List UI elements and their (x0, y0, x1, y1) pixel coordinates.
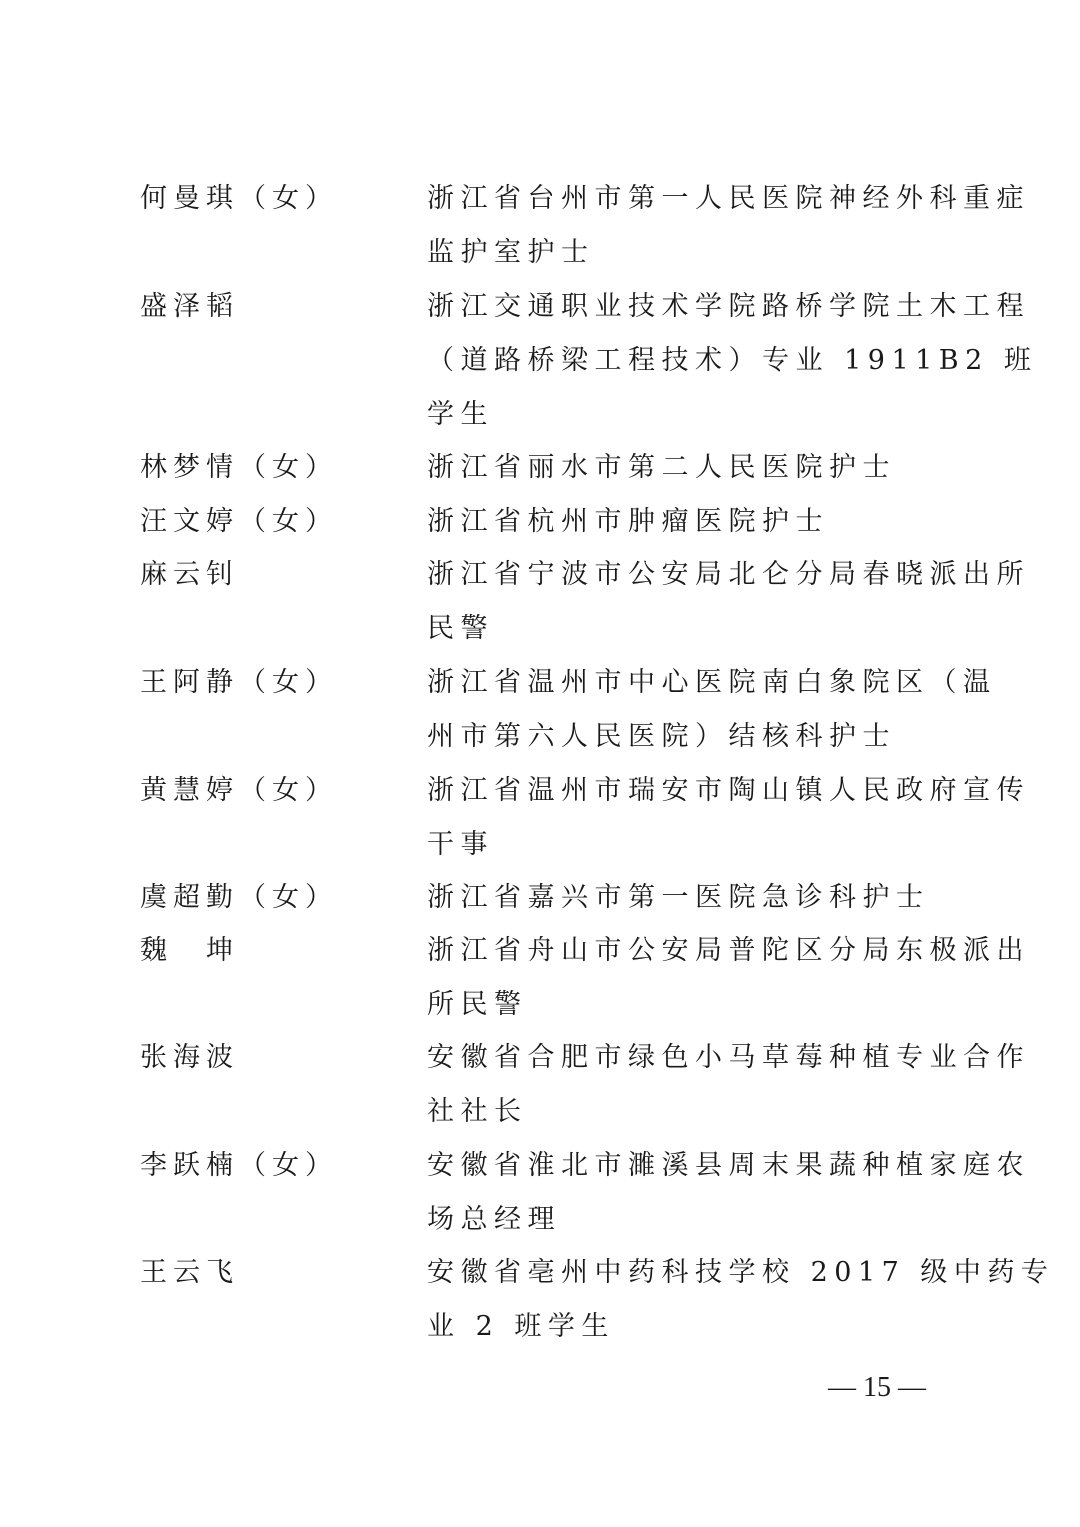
person-name: 何曼琪（女） (140, 172, 338, 226)
description-line: 浙江省温州市瑞安市陶山镇人民政府宣传 (427, 764, 947, 818)
person-description: 安徽省亳州中药科技学校 2017 级中药专 业 2 班学生 (427, 1246, 947, 1354)
description-line: （道路桥梁工程技术）专业 1911B2 班 (427, 334, 947, 388)
description-line: 安徽省淮北市濉溪县周末果蔬种植家庭农 (427, 1139, 947, 1193)
person-name: 麻云钊 (140, 548, 239, 602)
description-line: 业 2 班学生 (427, 1300, 947, 1354)
description-line: 浙江交通职业技术学院路桥学院土木工程 (427, 280, 947, 334)
person-description: 浙江省杭州市肿瘤医院护士 (427, 495, 947, 549)
person-description: 安徽省合肥市绿色小马草莓种植专业合作 社社长 (427, 1031, 947, 1139)
person-name: 张海波 (140, 1031, 239, 1085)
person-name: 王云飞 (140, 1246, 239, 1300)
description-line: 浙江省嘉兴市第一医院急诊科护士 (427, 871, 947, 925)
person-description: 安徽省淮北市濉溪县周末果蔬种植家庭农 场总经理 (427, 1139, 947, 1247)
person-name: 虞超勤（女） (140, 871, 338, 925)
person-name: 王阿静（女） (140, 656, 338, 710)
person-name: 林梦情（女） (140, 441, 338, 495)
description-line: 浙江省丽水市第二人民医院护士 (427, 441, 947, 495)
description-line: 浙江省宁波市公安局北仑分局春晓派出所 (427, 548, 947, 602)
description-line: 学生 (427, 388, 947, 442)
person-description: 浙江省台州市第一人民医院神经外科重症 监护室护士 (427, 172, 947, 280)
person-name: 魏 坤 (140, 924, 239, 978)
description-line: 浙江省舟山市公安局普陀区分局东极派出 (427, 924, 947, 978)
person-description: 浙江省宁波市公安局北仑分局春晓派出所 民警 (427, 548, 947, 656)
description-line: 州市第六人民医院）结核科护士 (427, 710, 947, 764)
person-name: 盛泽韬 (140, 280, 239, 334)
description-line: 民警 (427, 602, 947, 656)
description-line: 所民警 (427, 978, 947, 1032)
description-line: 浙江省台州市第一人民医院神经外科重症 (427, 172, 947, 226)
person-description: 浙江省嘉兴市第一医院急诊科护士 (427, 871, 947, 925)
page-number: — 15 — (828, 1368, 926, 1408)
person-description: 浙江省温州市瑞安市陶山镇人民政府宣传 干事 (427, 764, 947, 872)
description-line: 安徽省合肥市绿色小马草莓种植专业合作 (427, 1031, 947, 1085)
person-name: 汪文婷（女） (140, 495, 338, 549)
description-line: 场总经理 (427, 1193, 947, 1247)
description-line: 安徽省亳州中药科技学校 2017 级中药专 (427, 1246, 947, 1300)
description-line: 浙江省温州市中心医院南白象院区（温 (427, 656, 947, 710)
person-description: 浙江交通职业技术学院路桥学院土木工程 （道路桥梁工程技术）专业 1911B2 班… (427, 280, 947, 442)
person-description: 浙江省丽水市第二人民医院护士 (427, 441, 947, 495)
description-line: 浙江省杭州市肿瘤医院护士 (427, 495, 947, 549)
person-name: 李跃楠（女） (140, 1139, 338, 1193)
document-page: 何曼琪（女） 浙江省台州市第一人民医院神经外科重症 监护室护士 盛泽韬 浙江交通… (0, 0, 1080, 1527)
person-description: 浙江省舟山市公安局普陀区分局东极派出 所民警 (427, 924, 947, 1032)
description-line: 监护室护士 (427, 226, 947, 280)
person-description: 浙江省温州市中心医院南白象院区（温 州市第六人民医院）结核科护士 (427, 656, 947, 764)
person-name: 黄慧婷（女） (140, 764, 338, 818)
description-line: 干事 (427, 818, 947, 872)
description-line: 社社长 (427, 1085, 947, 1139)
